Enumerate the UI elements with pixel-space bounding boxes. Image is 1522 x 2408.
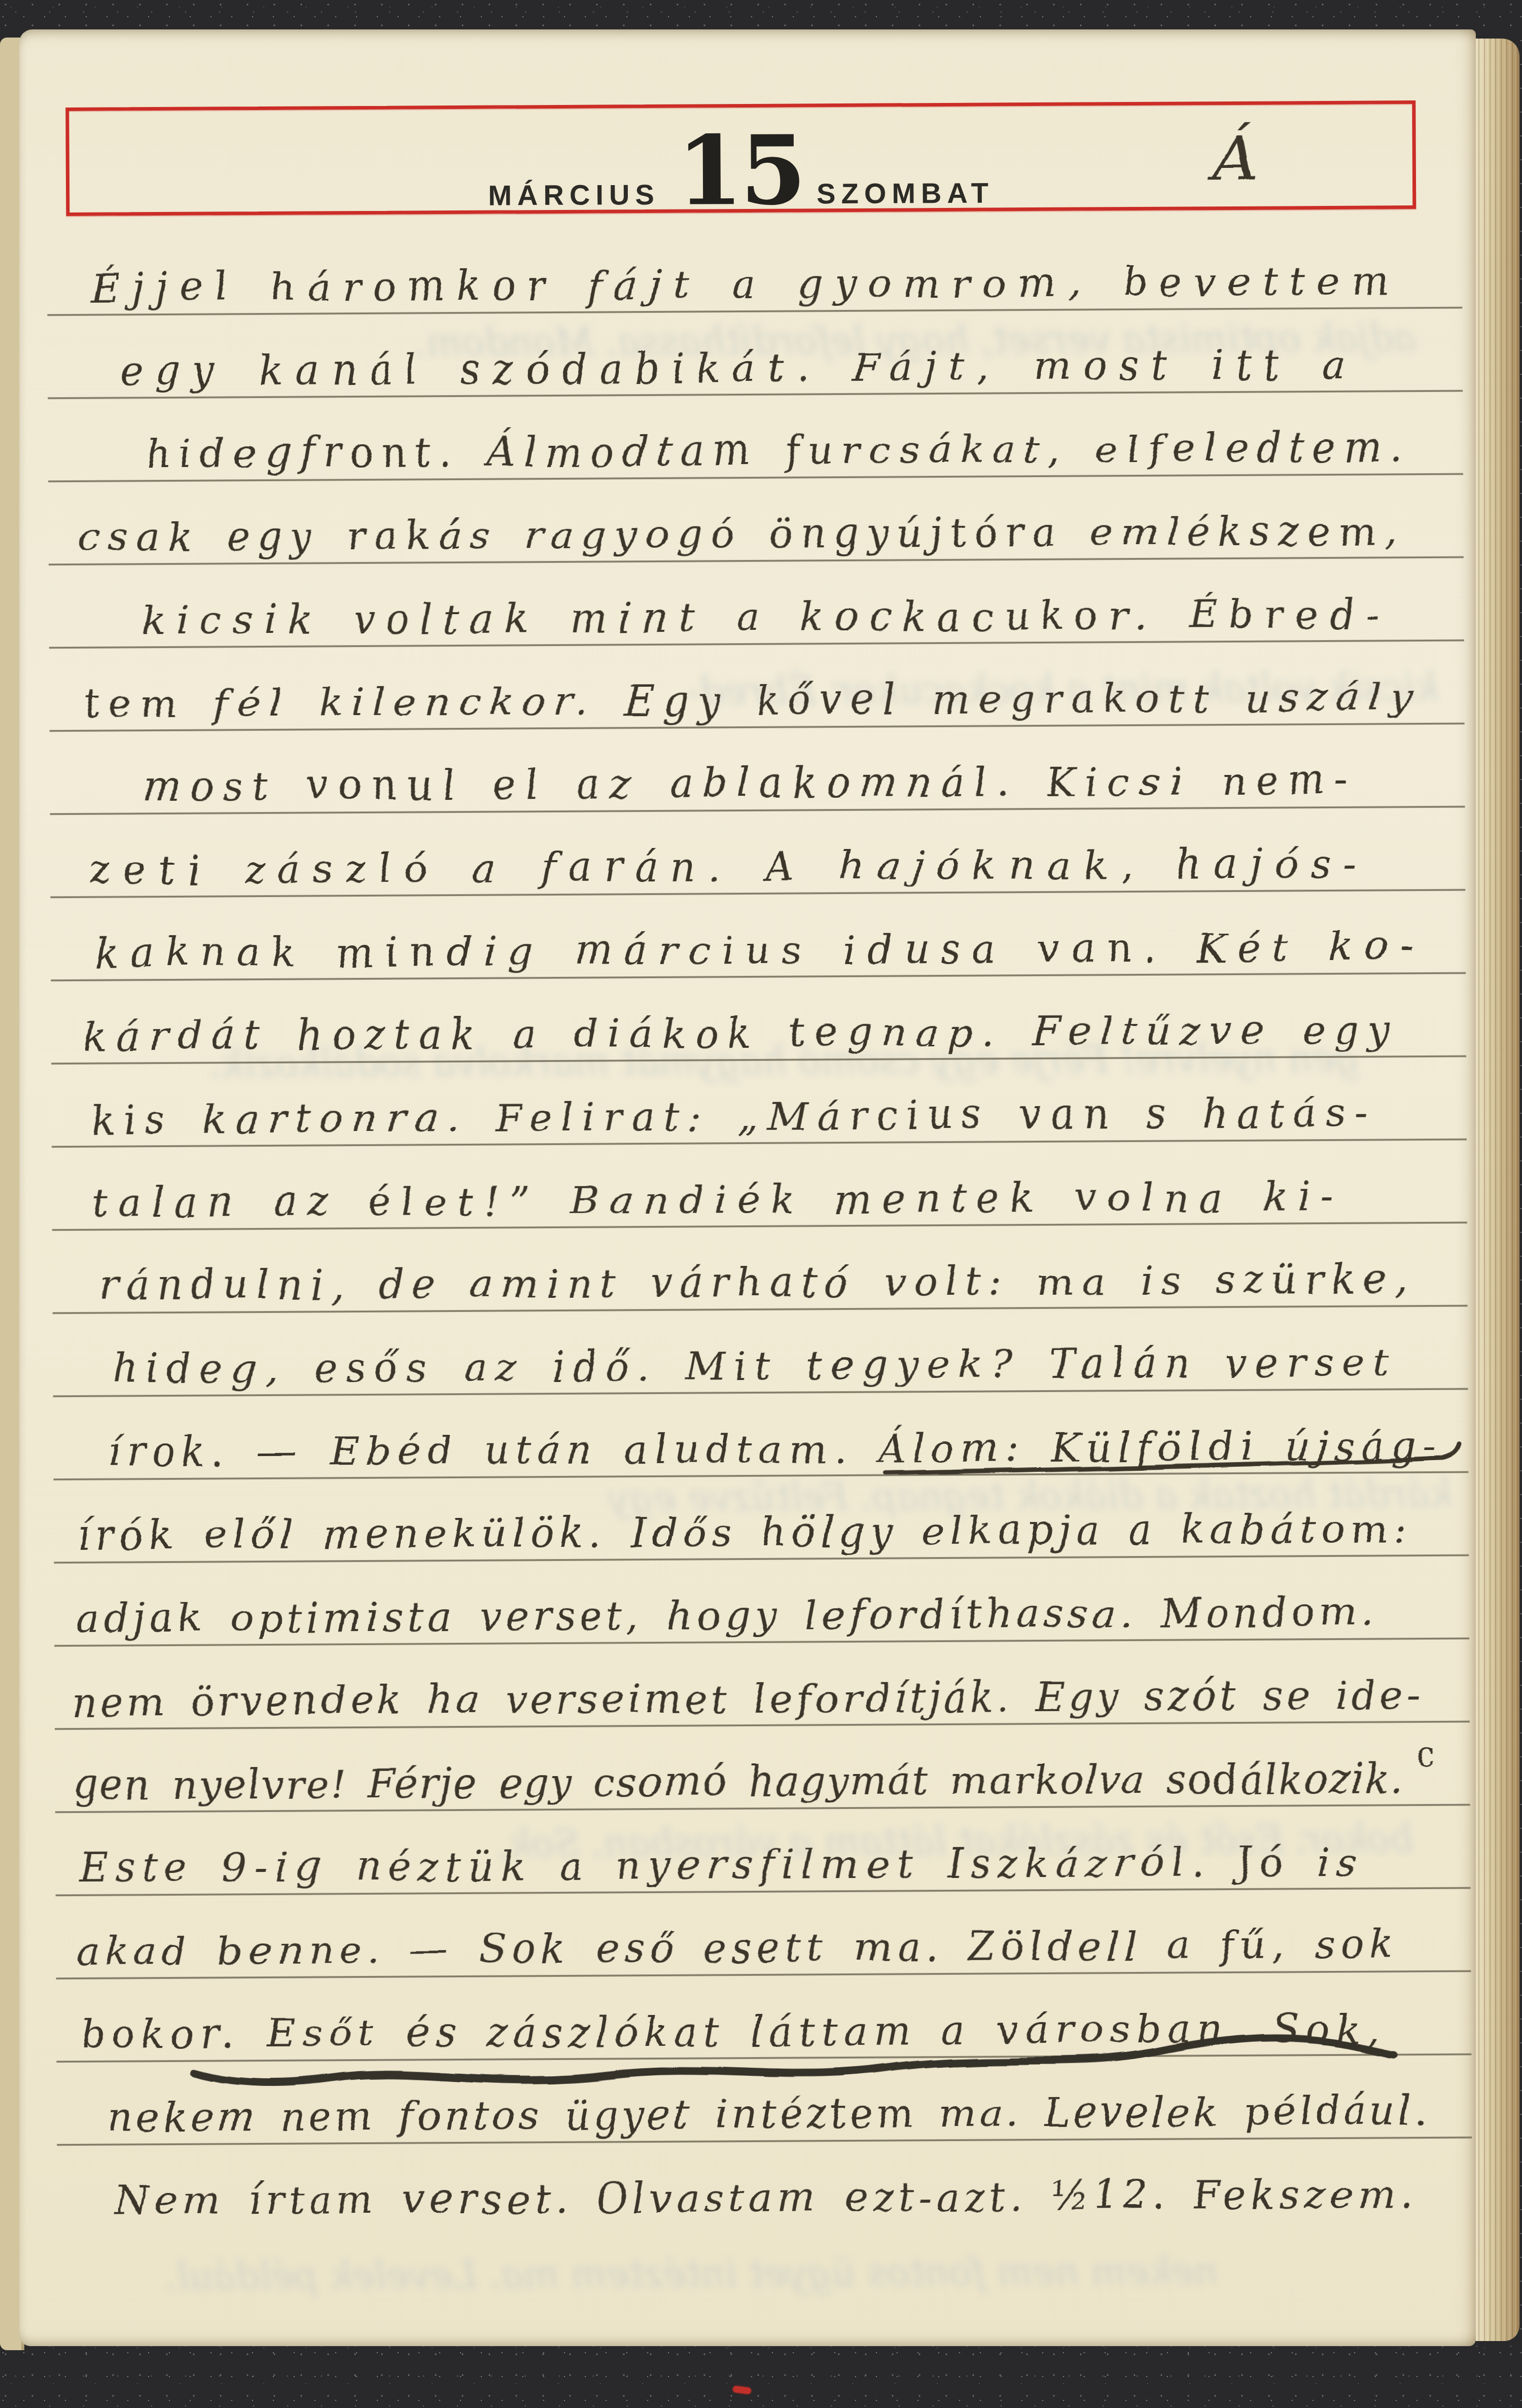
- handwriting-line: kárdát hoztak a diákok tegnap. Feltűzve …: [83, 1007, 1392, 1060]
- handwriting-line: kis kartonra. Felirat: „Március van s ha…: [91, 1091, 1369, 1143]
- red-mark: [732, 2386, 751, 2394]
- handwriting-line: rándulni, de amint várható volt: ma is s…: [99, 1257, 1408, 1309]
- book-fore-edge: [1476, 39, 1519, 2341]
- handwriting-line: hidegfront. Álmodtam furcsákat, elfeledt…: [146, 424, 1404, 477]
- handwriting-line: csak egy rakás ragyogó öngyújtóra emléks…: [78, 508, 1396, 561]
- diary-page: MÁRCIUS15SZOMBAT adjak optimista verset,…: [19, 29, 1476, 2346]
- handwriting-line: nem örvendek ha verseimet lefordítják. E…: [71, 1673, 1420, 1725]
- handwriting-line: zeti zászló a farán. A hajóknak, hajós-: [89, 841, 1358, 894]
- diary-scan: { "colors": { "frame_red": "#cb2d27", "i…: [0, 0, 1522, 2408]
- handwriting-line: most vonul el az ablakomnál. Kicsi nem-: [143, 758, 1350, 810]
- handwritten-annotation: Á: [1208, 122, 1259, 196]
- handwriting-layer: adjak optimista verset, hogy lefordíthas…: [14, 26, 1483, 2350]
- show-through-ghost: nekem nem fontos ügyet intéztem ma. Leve…: [165, 2249, 1218, 2298]
- handwriting-line: Éjjel háromkor fájt a gyomrom, bevettem: [91, 258, 1390, 311]
- handwriting-line: írok. — Ebéd után aludtam. Álom: Külföld…: [108, 1422, 1437, 1476]
- handwriting-line: nekem nem fontos ügyet intéztem ma. Leve…: [109, 2088, 1428, 2141]
- handwriting-line: hideg, esős az idő. Mit tegyek? Talán ve…: [113, 1340, 1391, 1392]
- handwriting-line: kaknak mindig március idusa van. Két ko-: [95, 924, 1414, 977]
- handwriting-line: talan az élet!” Bandiék mentek volna ki-: [91, 1174, 1334, 1226]
- page-content: MÁRCIUS15SZOMBAT adjak optimista verset,…: [14, 26, 1483, 2350]
- handwriting-line: akad benne. — Sok eső esett ma. Zöldell …: [75, 1922, 1394, 1975]
- handwriting-line: adjak optimista verset, hogy lefordíthas…: [76, 1590, 1374, 1642]
- handwriting-line: Nem írtam verset. Olvastam ezt-azt. ½12.…: [114, 2172, 1413, 2224]
- handwriting-line: gen nyelvre! Férje egy csomó hagymát mar…: [74, 1756, 1403, 1809]
- handwriting: Éjjel háromkor fájt a gyomrom, bevettem …: [63, 121, 1441, 2224]
- handwriting-line: kicsik voltak mint a kockacukor. Ébred-: [141, 590, 1379, 644]
- insertion-mark: c: [1417, 1736, 1436, 1773]
- handwriting-line: egy kanál szódabikát. Fájt, most itt a: [120, 342, 1348, 395]
